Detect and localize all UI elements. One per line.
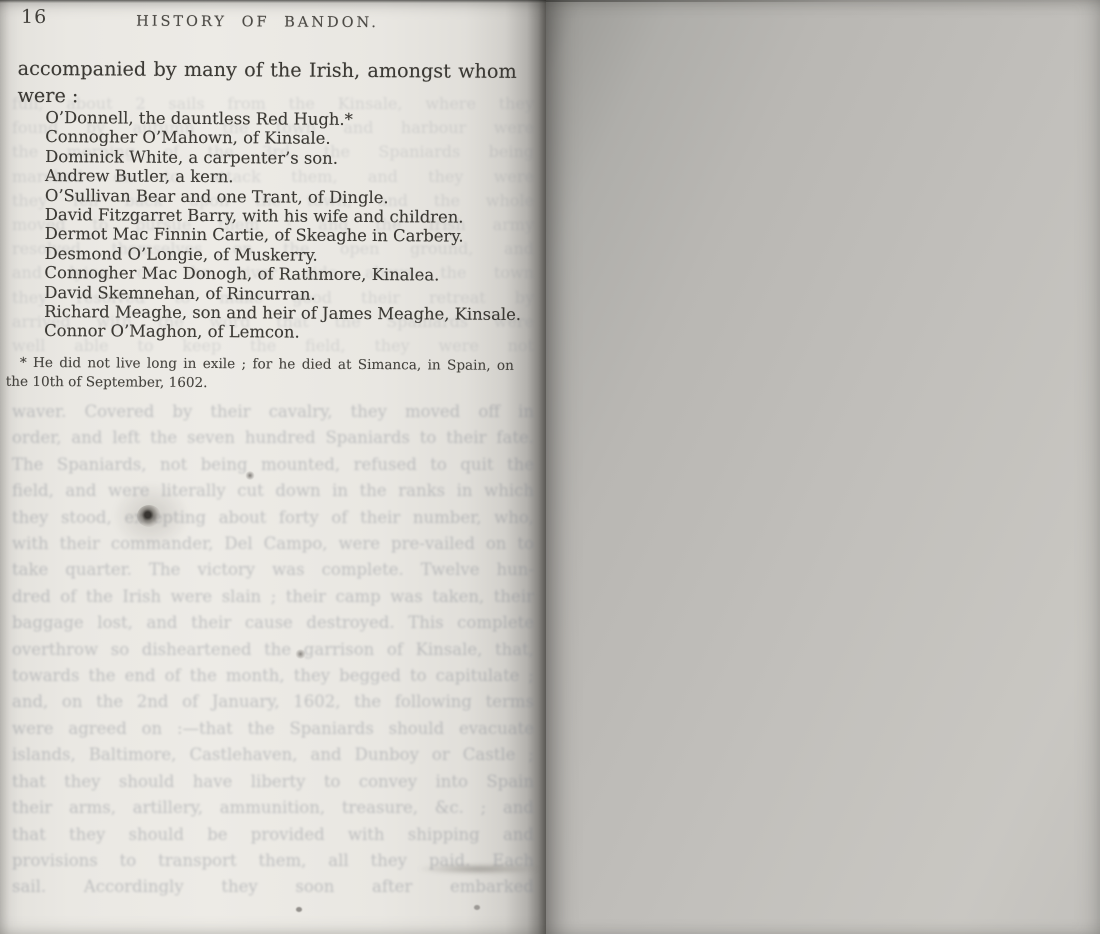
page-number-left: 16 <box>21 6 47 28</box>
names-list: O’Donnell, the dauntless Red Hugh.*Conno… <box>44 108 537 344</box>
page-right-content: HISTORY OF BANDON. 17 CHAPTER III. CAPTA… <box>542 0 1100 934</box>
running-header-left: HISTORY OF BANDON. <box>55 13 460 31</box>
page-left-content: 16 HISTORY OF BANDON. accompanied by man… <box>0 0 546 934</box>
text-line: accompanied by many of the Irish, amongs… <box>18 56 517 86</box>
foxing-spot <box>295 649 306 659</box>
foxing-spot <box>296 907 302 912</box>
text-line: the 10th of September, 1602. <box>6 372 514 394</box>
text-line: Connor O’Maghon, of Lemcon. <box>44 321 536 343</box>
intro-paragraph: accompanied by many of the Irish, amongs… <box>17 56 516 112</box>
foxing-spot <box>474 905 480 910</box>
page-left: full, about 2 sails from the Kinsale, wh… <box>0 0 546 934</box>
footnote: * He did not live long in exile ; for he… <box>6 354 514 394</box>
page-right: the fastnesses of O’Neny, who, to a grea… <box>546 0 1100 934</box>
ink-smudge <box>418 864 540 874</box>
text-line: Connogher Mac Donogh, of Rathmore, Kinal… <box>44 263 536 285</box>
text-line: Andrew Butler, a kern. <box>45 166 537 188</box>
foxing-spot <box>137 505 161 527</box>
text-line: * He did not live long in exile ; for he… <box>6 354 514 376</box>
foxing-spot <box>245 471 255 480</box>
book-spread-scan: full, about 2 sails from the Kinsale, wh… <box>0 0 1100 934</box>
